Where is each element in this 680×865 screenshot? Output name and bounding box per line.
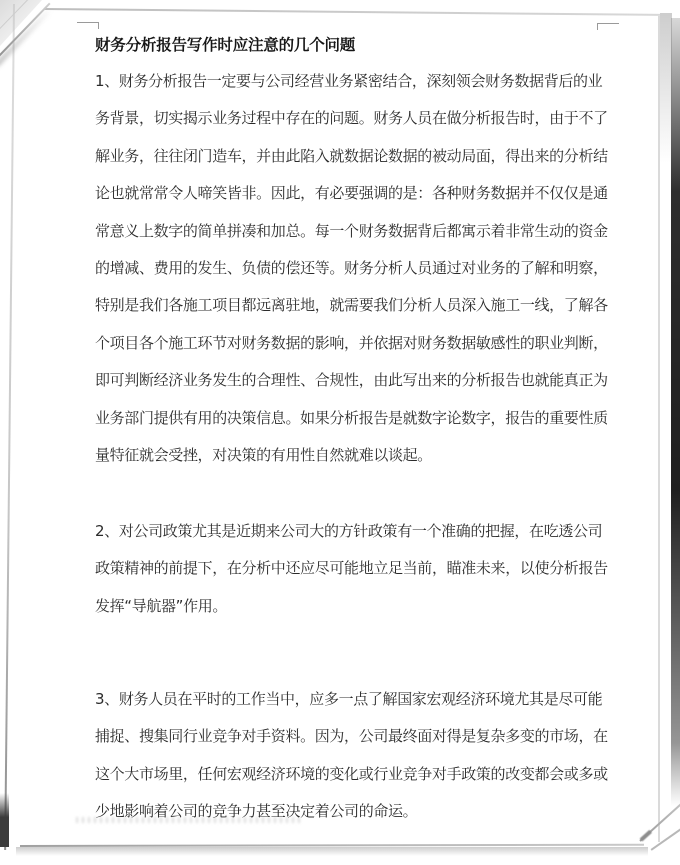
document-photo-page: 财务分析报告写作时应注意的几个问题 1、财务分析报告一定要与公司经营业务紧密结合… (0, 0, 680, 865)
text-line: 1、财务分析报告一定要与公司经营业务紧密结合，深刻领会财务数据背后的业 (95, 63, 616, 100)
text-line: 政策精神的前提下，在分析中还应尽可能地立足当前，瞄准未来，以使分析报告 (95, 550, 616, 587)
text-line: 解业务，往往闭门造车，并由此陷入就数据论数据的被动局面，得出来的分析结 (95, 138, 616, 175)
text-line: 论也就常常令人啼笑皆非。因此，有必要强调的是：各种财务数据并不仅仅是通 (95, 175, 616, 212)
text-line: 这个大市场里，任何宏观经济环境的变化或行业竞争对手政策的改变都会或多或 (95, 756, 616, 793)
text-line: 捕捉、搜集同行业竞争对手资料。因为，公司最终面对得是复杂多变的市场，在 (95, 718, 616, 755)
text-line: 常意义上数字的简单拼凑和加总。每一个财务数据背后都寓示着非常生动的资金 (95, 213, 616, 250)
page-edge-left (4, 4, 15, 850)
page-corner-fold-bottom-right-notch (640, 830, 652, 842)
margin-crop-mark-top-right-icon (597, 23, 619, 30)
page-edge-top (44, 8, 660, 15)
text-line: 即可判断经济业务发生的合理性、合规性，由此写出来的分析报告也就能真正为 (95, 362, 616, 399)
text-line: 的增减、费用的发生、负债的偿还等。财务分析人员通过对业务的了解和明察， (95, 250, 616, 287)
text-line: 3、财务人员在平时的工作当中，应多一点了解国家宏观经济环境尤其是尽可能 (95, 681, 616, 718)
text-line: 业务部门提供有用的决策信息。如果分析报告是就数字论数字，报告的重要性质 (95, 400, 616, 437)
paragraph-3: 3、财务人员在平时的工作当中，应多一点了解国家宏观经济环境尤其是尽可能 捕捉、搜… (95, 681, 616, 831)
page-shadow-bottom (16, 847, 648, 856)
text-line: 少地影响着公司的竞争力甚至决定着公司的命运。 (95, 793, 616, 830)
text-line: 务背景，切实揭示业务过程中存在的问题。财务人员在做分析报告时，由于不了 (95, 100, 616, 137)
paragraph-2: 2、对公司政策尤其是近期来公司大的方针政策有一个准确的把握，在吃透公司 政策精神… (95, 513, 616, 625)
text-line: 特别是我们各施工项目都远离驻地，就需要我们分析人员深入施工一线，了解各 (95, 287, 616, 324)
text-line: 个项目各个施工环节对财务数据的影响，并依据对财务数据敏感性的职业判断， (95, 325, 616, 362)
paragraph-1: 1、财务分析报告一定要与公司经营业务紧密结合，深刻领会财务数据背后的业 务背景，… (95, 63, 616, 474)
page-gap-shadow-right (671, 18, 680, 806)
margin-crop-mark-top-left-icon (77, 22, 99, 29)
text-line: 2、对公司政策尤其是近期来公司大的方针政策有一个准确的把握，在吃透公司 (95, 513, 616, 550)
text-line: 发挥“导航器”作用。 (95, 588, 616, 625)
page-corner-fold-bottom-right-edge2 (651, 826, 680, 850)
document-title: 财务分析报告写作时应注意的几个问题 (95, 34, 616, 56)
page-shadow-bottom-left (0, 793, 9, 847)
text-line: 量特征就会受挫，对决策的有用性自然就难以谈起。 (95, 437, 616, 474)
